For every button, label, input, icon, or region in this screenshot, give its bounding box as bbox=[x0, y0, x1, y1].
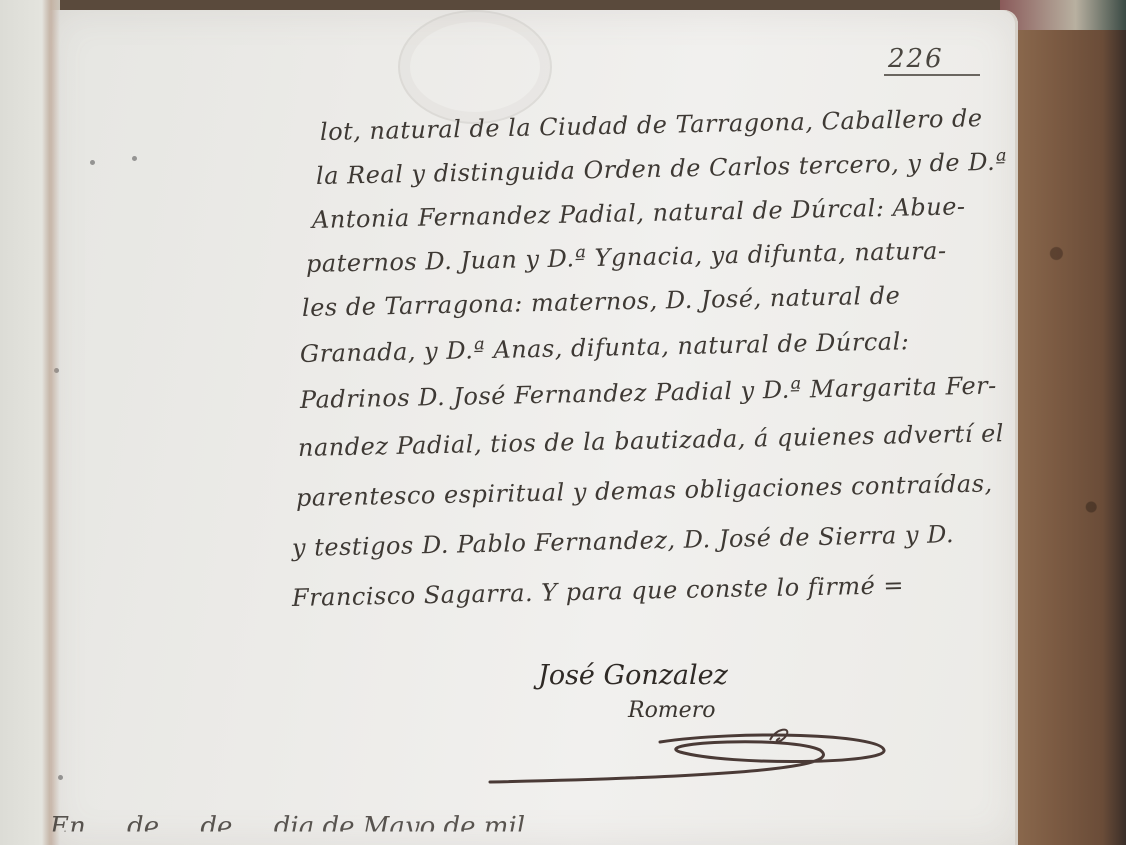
folio-underline bbox=[884, 74, 980, 76]
page-gutter bbox=[42, 0, 60, 845]
book-binding bbox=[1010, 0, 1126, 845]
embossed-seal-icon bbox=[398, 10, 552, 124]
document-photo: 226 lot, natural de la Ciudad de Tarrago… bbox=[0, 0, 1126, 845]
signature-name: José Gonzalez bbox=[538, 660, 728, 691]
ink-spot bbox=[90, 160, 95, 165]
ink-spot bbox=[132, 156, 137, 161]
cloth-corner bbox=[1000, 0, 1126, 30]
signature-flourish-icon bbox=[480, 720, 900, 790]
folio-number: 226 bbox=[888, 44, 944, 74]
